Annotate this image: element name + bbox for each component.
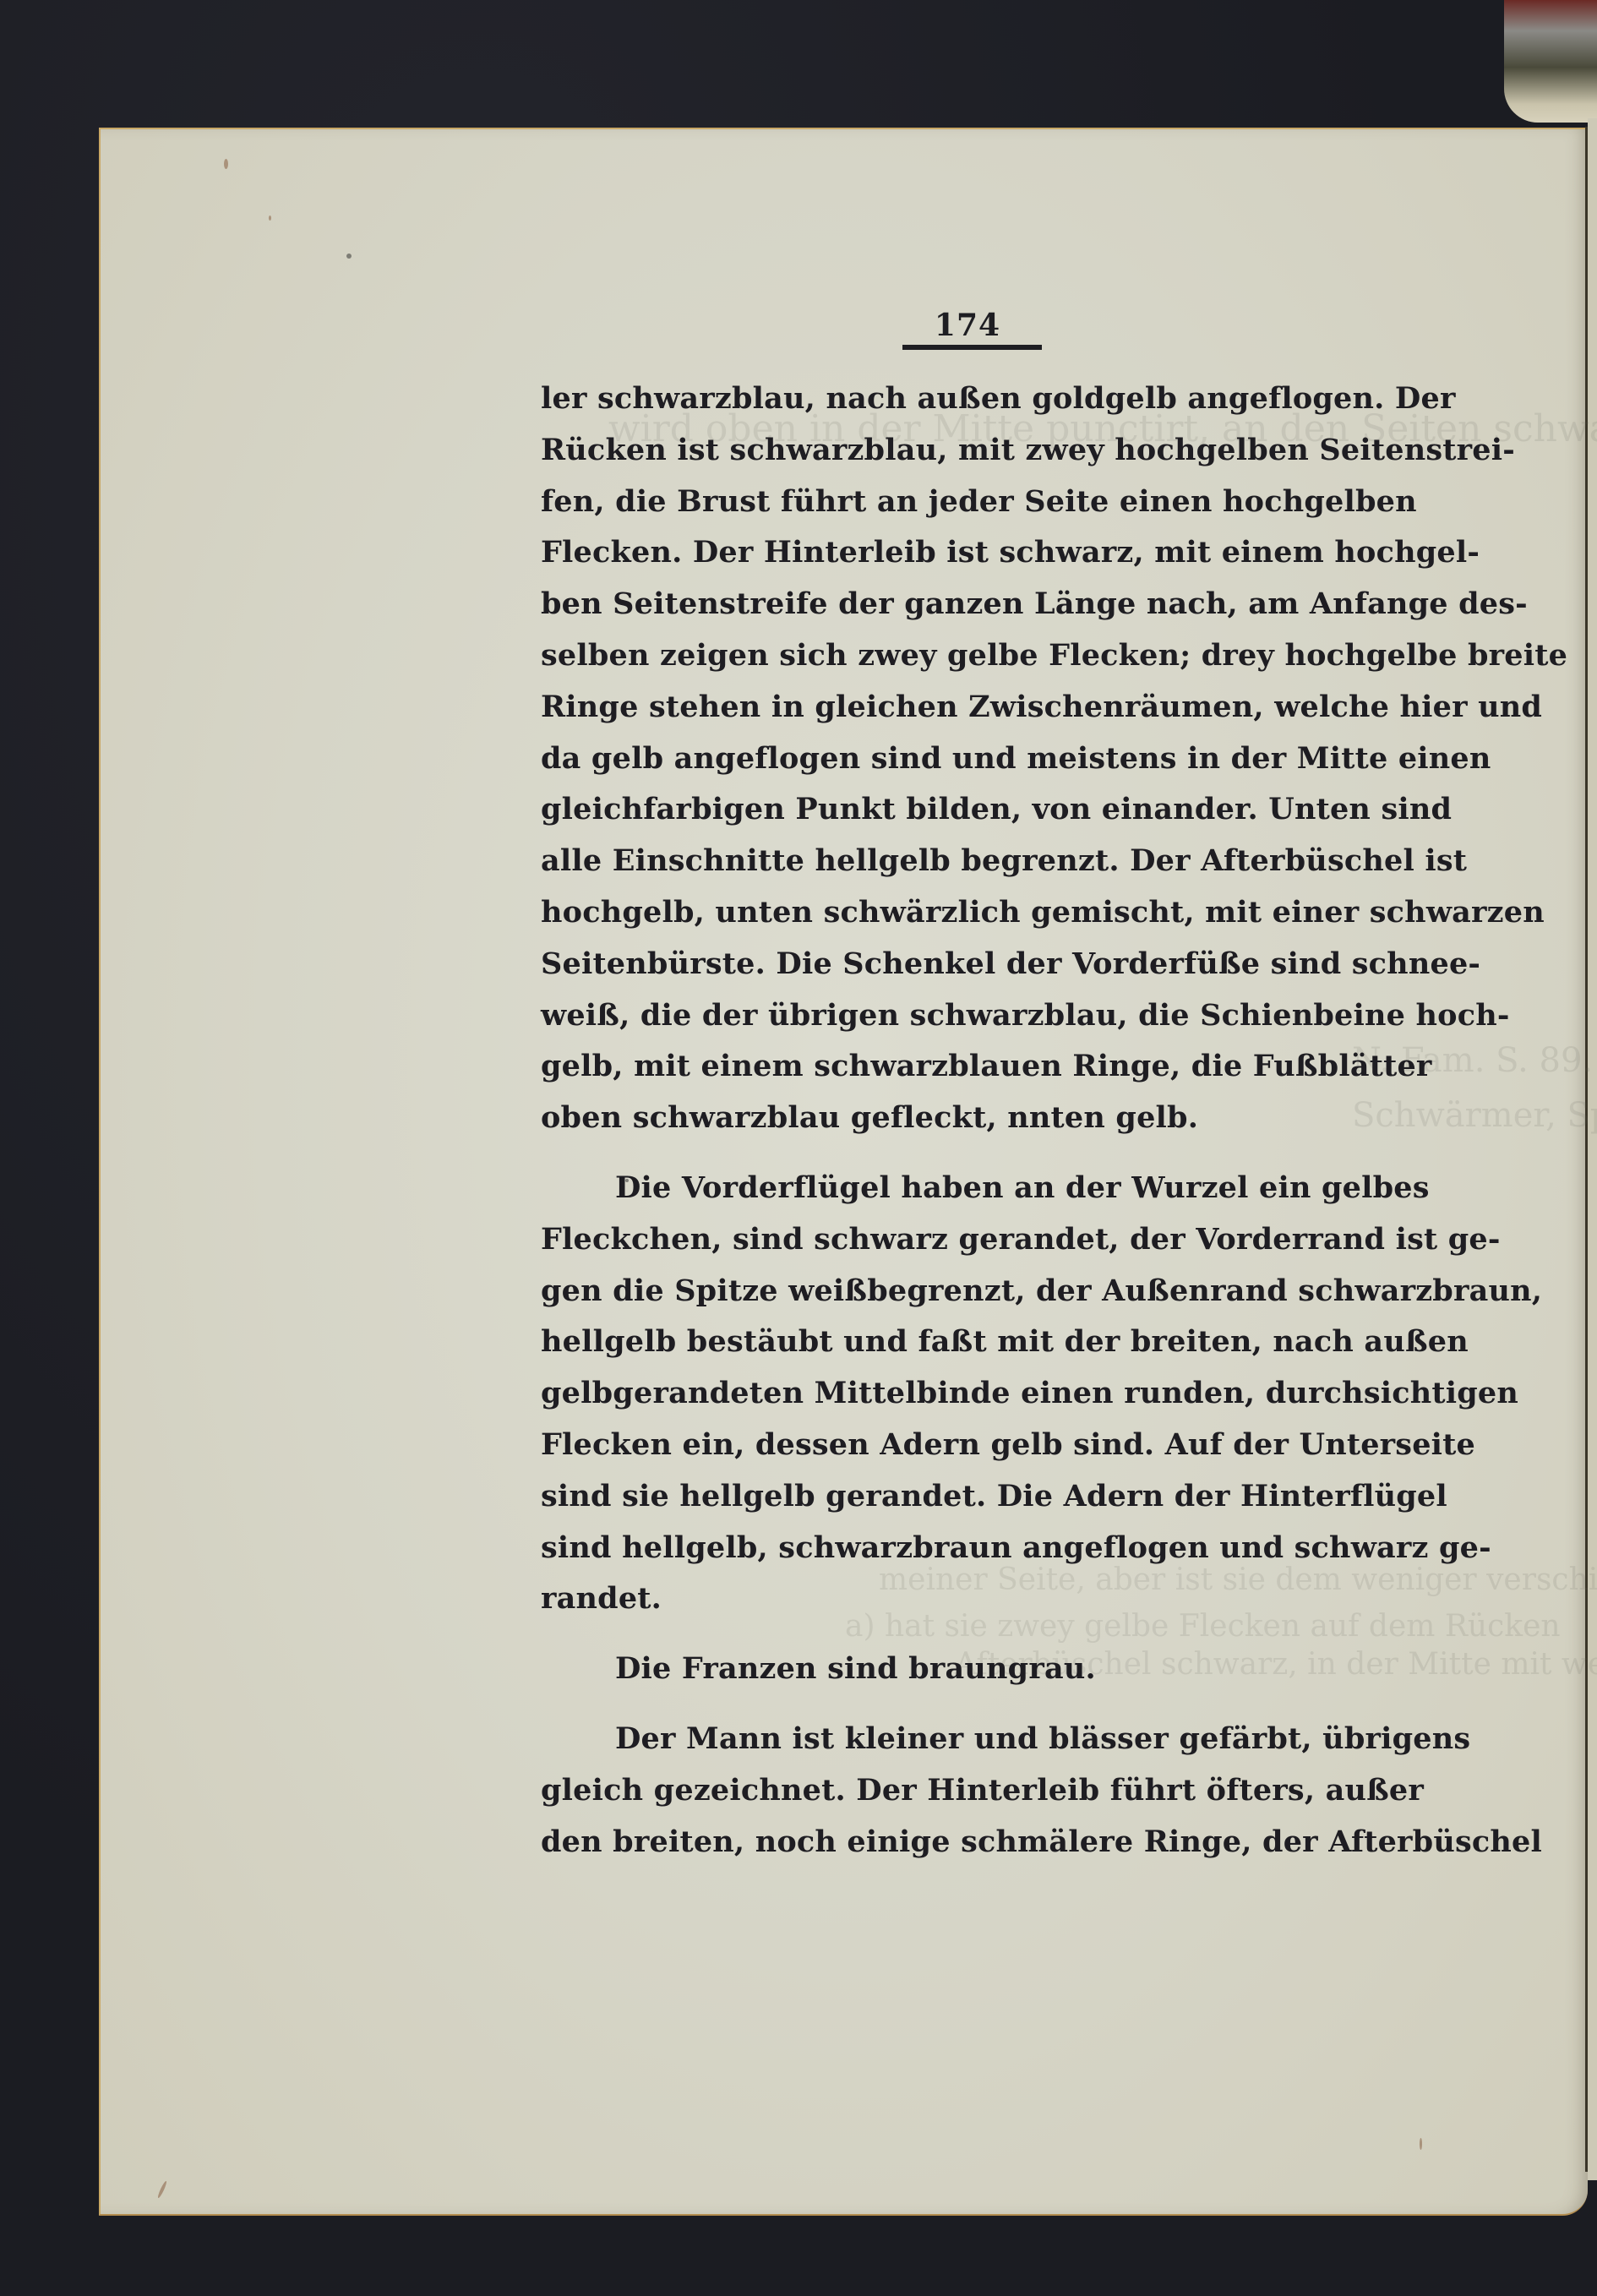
text-line: randet. (541, 1573, 1393, 1625)
paper-speck (1420, 2138, 1422, 2150)
text-line: Die Franzen sind braungrau. (541, 1644, 1393, 1695)
text-line: gelbgerandeten Mittelbinde einen runden,… (541, 1368, 1393, 1420)
paragraph-body-description: ler schwarzblau, nach außen goldgelb ang… (541, 374, 1393, 1144)
body-text: ler schwarzblau, nach außen goldgelb ang… (541, 374, 1393, 1868)
text-line: Fleckchen, sind schwarz gerandet, der Vo… (541, 1214, 1393, 1266)
text-line: sind sie hellgelb gerandet. Die Adern de… (541, 1471, 1393, 1523)
text-line: selben zeigen sich zwey gelbe Flecken; d… (541, 630, 1393, 682)
text-line: Seitenbürste. Die Schenkel der Vorderfüß… (541, 939, 1393, 990)
paragraph-male: Der Mann ist kleiner und blässer gefärbt… (541, 1714, 1393, 1868)
text-line: Rücken ist schwarzblau, mit zwey hochgel… (541, 425, 1393, 477)
text-line: fen, die Brust führt an jeder Seite eine… (541, 477, 1393, 528)
text-line: ben Seitenstreife der ganzen Länge nach,… (541, 579, 1393, 630)
text-line: sind hellgelb, schwarzbraun angeflogen u… (541, 1523, 1393, 1574)
text-line: Die Vorderflügel haben an der Wurzel ein… (541, 1163, 1393, 1214)
paper-speck (346, 254, 352, 259)
text-line: hochgelb, unten schwärzlich gemischt, mi… (541, 887, 1393, 939)
text-line: gleich gezeichnet. Der Hinterleib führt … (541, 1765, 1393, 1817)
page-header: 174 (896, 306, 1039, 350)
page-fold-line (1585, 127, 1588, 2172)
text-line: ler schwarzblau, nach außen goldgelb ang… (541, 374, 1393, 425)
text-line: hellgelb bestäubt und faßt mit der breit… (541, 1317, 1393, 1368)
paragraph-forewings: Die Vorderflügel haben an der Wurzel ein… (541, 1163, 1393, 1625)
text-line: Der Mann ist kleiner und blässer gefärbt… (541, 1714, 1393, 1765)
paper-speck (269, 215, 271, 221)
paragraph-gap (541, 1144, 1393, 1163)
paragraph-gap (541, 1625, 1393, 1644)
paragraph-gap (541, 1695, 1393, 1714)
text-line: Ringe stehen in gleichen Zwischenräumen,… (541, 682, 1393, 734)
text-line: oben schwarzblau gefleckt, nnten gelb. (541, 1093, 1393, 1144)
text-line: gen die Spitze weißbegrenzt, der Außenra… (541, 1266, 1393, 1317)
text-line: gleichfarbigen Punkt bilden, von einande… (541, 784, 1393, 836)
next-page-edge (1588, 118, 1597, 2180)
text-line: weiß, die der übrigen schwarzblau, die S… (541, 990, 1393, 1042)
page-number: 174 (896, 306, 1039, 345)
paper-speck (224, 159, 228, 169)
text-line: da gelb angeflogen sind und meistens in … (541, 734, 1393, 785)
header-rule (902, 345, 1042, 350)
paragraph-fringes: Die Franzen sind braungrau. (541, 1644, 1393, 1695)
book-cover-edge (1504, 0, 1597, 123)
text-line: Flecken ein, dessen Adern gelb sind. Auf… (541, 1420, 1393, 1471)
text-line: den breiten, noch einige schmälere Ringe… (541, 1817, 1393, 1868)
text-line: Flecken. Der Hinterleib ist schwarz, mit… (541, 527, 1393, 579)
text-line: gelb, mit einem schwarzblauen Ringe, die… (541, 1041, 1393, 1093)
text-line: alle Einschnitte hellgelb begrenzt. Der … (541, 836, 1393, 887)
